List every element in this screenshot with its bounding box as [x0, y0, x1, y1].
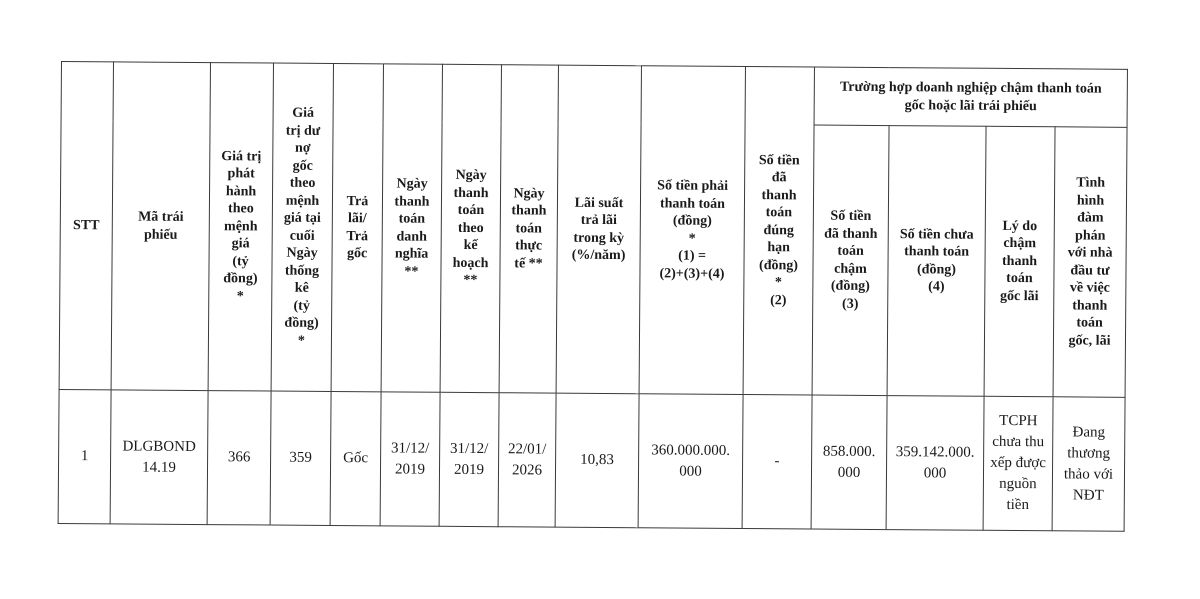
cell-issue-value: 366 — [207, 391, 271, 525]
header-issue-value: Giá trị phát hành theo mệnh giá (tỷ đồng… — [208, 63, 273, 391]
table-row: 1 DLGBOND 14.19 366 359 Gốc 31/12/ 2019 … — [58, 389, 1125, 531]
cell-planned-date: 31/12/ 2019 — [439, 392, 499, 526]
header-paid-late: Số tiền đã thanh toán chậm (đồng) (3) — [812, 125, 889, 396]
cell-late-reason: TCPH chưa thu xếp được nguồn tiền — [983, 396, 1053, 531]
header-negotiation-status: Tình hình đàm phán với nhà đầu tư về việ… — [1053, 127, 1127, 398]
cell-payment-type: Gốc — [330, 391, 381, 525]
cell-paid-on-time: - — [742, 395, 812, 530]
header-stt: STT — [59, 62, 113, 390]
cell-paid-late: 858.000. 000 — [811, 395, 887, 530]
header-interest-rate: Lãi suất trả lãi trong kỳ (%/năm) — [556, 65, 641, 394]
header-planned-date: Ngày thanh toán theo kế hoạch ** — [440, 64, 501, 392]
header-unpaid: Số tiền chưa thanh toán (đồng) (4) — [887, 126, 986, 397]
document-page: STT Mã trái phiếu Giá trị phát hành theo… — [0, 0, 1200, 599]
header-row: STT Mã trái phiếu Giá trị phát hành theo… — [61, 62, 1127, 128]
cell-negotiation-status: Đang thương thảo với NĐT — [1052, 397, 1125, 532]
bond-payment-table: STT Mã trái phiếu Giá trị phát hành theo… — [58, 61, 1128, 532]
cell-actual-date: 22/01/ 2026 — [498, 393, 556, 527]
header-nominal-date: Ngày thanh toán danh nghĩa ** — [381, 64, 442, 392]
cell-interest-rate: 10,83 — [555, 393, 639, 528]
cell-nominal-date: 31/12/ 2019 — [380, 392, 440, 526]
header-actual-date: Ngày thanh toán thực tế ** — [499, 65, 558, 393]
header-outstanding-value: Giá trị dư nợ gốc theo mệnh giá tại cuối… — [271, 63, 333, 391]
cell-stt: 1 — [58, 389, 111, 523]
header-bond-code: Mã trái phiếu — [111, 62, 210, 391]
header-paid-on-time: Số tiền đã thanh toán đúng hạn (đồng) * … — [743, 67, 814, 395]
cell-amount-due: 360.000.000. 000 — [638, 394, 743, 529]
header-payment-type: Trả lãi/ Trả gốc — [331, 63, 383, 391]
header-late-reason: Lý do chậm thanh toán gốc lãi — [984, 126, 1055, 396]
cell-bond-code: DLGBOND 14.19 — [110, 390, 208, 525]
header-amount-due: Số tiền phải thanh toán (đồng) * (1) = (… — [639, 66, 745, 395]
cell-unpaid: 359.142.000. 000 — [886, 396, 984, 531]
header-late-payment-group: Trường hợp doanh nghiệp chậm thanh toán … — [814, 67, 1127, 127]
cell-outstanding-value: 359 — [270, 391, 331, 525]
